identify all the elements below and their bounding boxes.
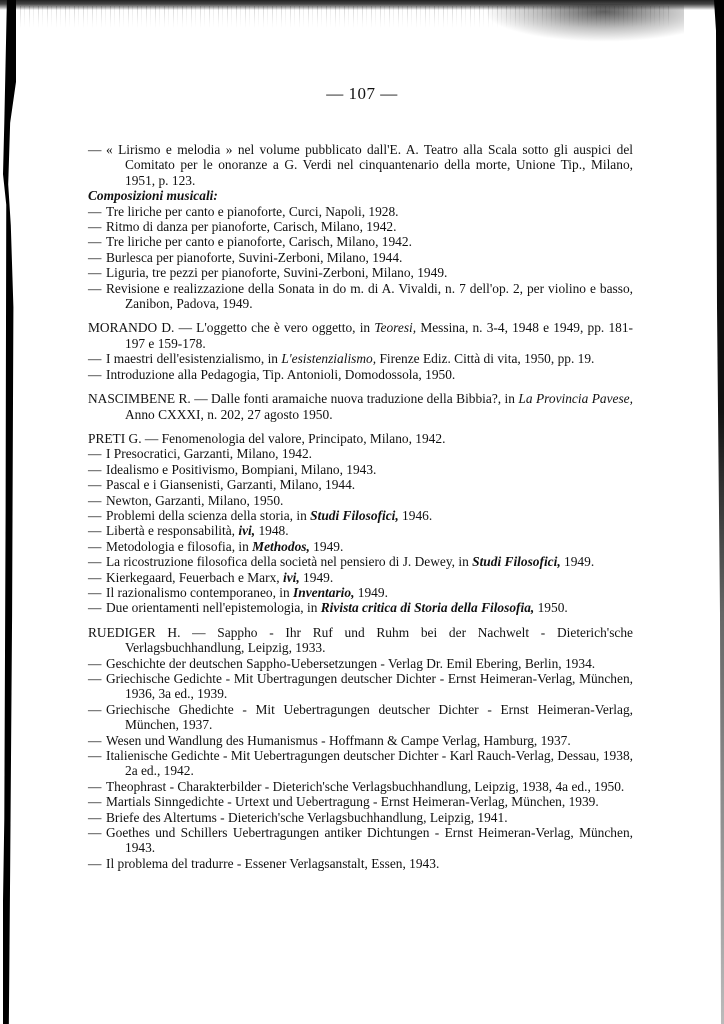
entry-text: « Lirismo e melodia » nel volume pubblic… <box>106 142 633 188</box>
entry-dash: — <box>88 671 106 686</box>
entry-text: Griechische Ghedichte - Mit Uebertragung… <box>106 702 633 732</box>
bibliography-entry: —Due orientamenti nell'epistemologia, in… <box>88 600 633 615</box>
entry-text: — Fenomenologia del valore, Principato, … <box>142 431 446 446</box>
entry-text: Briefe des Altertums - Dieterich'sche Ve… <box>106 810 508 825</box>
entry-text: Problemi della scienza della storia, in <box>106 508 310 523</box>
author-entry-preti: PRETI G. — Fenomenologia del valore, Pri… <box>88 431 633 446</box>
entry-text: Goethes und Schillers Uebertragungen ant… <box>106 825 633 855</box>
entry-text: — Sappho - Ihr Ruf und Ruhm bei der Nach… <box>125 625 633 655</box>
entry-italic: Studi Filosofici, <box>472 554 561 569</box>
entry-text: La ricostruzione filosofica della societ… <box>106 554 472 569</box>
bibliography-entry: —Newton, Garzanti, Milano, 1950. <box>88 493 633 508</box>
entry-dash: — <box>88 600 106 615</box>
entry-dash: — <box>88 523 106 538</box>
entry-dash: — <box>88 554 106 569</box>
composition-entry: —Ritmo di danza per pianoforte, Carisch,… <box>88 219 633 234</box>
bibliography-entry: —I maestri dell'esistenzialismo, in L'es… <box>88 351 633 366</box>
bibliography-entry: —Wesen und Wandlung des Humanismus - Hof… <box>88 733 633 748</box>
entry-text: 1949. <box>561 554 594 569</box>
entry-dash: — <box>88 702 106 717</box>
author-entry-nascimbene: NASCIMBENE R. — Dalle fonti aramaiche nu… <box>88 391 633 422</box>
entry-text: Burlesca per pianoforte, Suvini-Zerboni,… <box>106 250 402 265</box>
section-gap <box>88 382 633 391</box>
entry-text: Metodologia e filosofia, in <box>106 539 252 554</box>
author-entry-ruediger: RUEDIGER H. — Sappho - Ihr Ruf und Ruhm … <box>88 625 633 656</box>
entry-text: Wesen und Wandlung des Humanismus - Hoff… <box>106 733 571 748</box>
entry-italic: Teoresi, <box>374 320 416 335</box>
bibliography-entry: —Il problema del tradurre - Essener Verl… <box>88 856 633 871</box>
entry-dash: — <box>88 779 106 794</box>
entry-text: Liguria, tre pezzi per pianoforte, Suvin… <box>106 265 447 280</box>
entry-text: Il problema del tradurre - Essener Verla… <box>106 856 439 871</box>
entry-text: Newton, Garzanti, Milano, 1950. <box>106 493 283 508</box>
bibliography-entry: —Italienische Gedichte - Mit Uebertragun… <box>88 748 633 779</box>
entry-dash: — <box>88 462 106 477</box>
composition-entry: —Burlesca per pianoforte, Suvini-Zerboni… <box>88 250 633 265</box>
entry-text: Il razionalismo contemporaneo, in <box>106 585 293 600</box>
entry-dash: — <box>88 477 106 492</box>
entry-dash: — <box>88 748 106 763</box>
bibliography-entry: —« Lirismo e melodia » nel volume pubbli… <box>88 142 633 188</box>
entry-text: Italienische Gedichte - Mit Uebertragung… <box>106 748 633 778</box>
entry-text: Martials Sinngedichte - Urtext und Ueber… <box>106 794 599 809</box>
section-subheading: Composizioni musicali: <box>88 188 633 203</box>
section-gap <box>88 311 633 320</box>
entry-dash: — <box>88 856 106 871</box>
entry-text: Kierkegaard, Feuerbach e Marx, <box>106 570 283 585</box>
entry-text: 1950. <box>534 600 567 615</box>
composition-entry: —Revisione e realizzazione della Sonata … <box>88 281 633 312</box>
composition-entry: —Liguria, tre pezzi per pianoforte, Suvi… <box>88 265 633 280</box>
entry-text: 1949. <box>310 539 343 554</box>
bibliography-entry: —Kierkegaard, Feuerbach e Marx, ivi, 194… <box>88 570 633 585</box>
entry-text: Idealismo e Positivismo, Bompiani, Milan… <box>106 462 376 477</box>
entry-text: 1949. <box>300 570 333 585</box>
bibliography-entry: —Briefe des Altertums - Dieterich'sche V… <box>88 810 633 825</box>
composition-entry: —Tre liriche per canto e pianoforte, Car… <box>88 234 633 249</box>
entry-text: Introduzione alla Pedagogia, Tip. Antoni… <box>106 367 455 382</box>
bibliography-entry: —Griechische Ghedichte - Mit Uebertragun… <box>88 702 633 733</box>
author-name: RUEDIGER H. <box>88 625 180 640</box>
entry-dash: — <box>88 570 106 585</box>
entry-italic: ivi, <box>283 570 300 585</box>
entry-text: 1949. <box>354 585 387 600</box>
entry-text: Ritmo di danza per pianoforte, Carisch, … <box>106 219 396 234</box>
entry-dash: — <box>88 250 106 265</box>
author-name: NASCIMBENE R. <box>88 391 191 406</box>
composition-entry: —Tre liriche per canto e pianoforte, Cur… <box>88 204 633 219</box>
entry-dash: — <box>88 794 106 809</box>
entry-italic: Methodos, <box>252 539 310 554</box>
bibliography-entry: —Metodologia e filosofia, in Methodos, 1… <box>88 539 633 554</box>
entry-dash: — <box>88 810 106 825</box>
bibliography-entry: —Idealismo e Positivismo, Bompiani, Mila… <box>88 462 633 477</box>
entry-dash: — <box>88 265 106 280</box>
bibliography-entry: —Problemi della scienza della storia, in… <box>88 508 633 523</box>
entry-dash: — <box>88 446 106 461</box>
bibliography-entry: —Goethes und Schillers Uebertragungen an… <box>88 825 633 856</box>
entry-dash: — <box>88 351 106 366</box>
entry-text: Griechische Gedichte - Mit Ubertragungen… <box>106 671 633 701</box>
entry-text: Pascal e i Giansenisti, Garzanti, Milano… <box>106 477 355 492</box>
entry-italic: ivi, <box>238 523 255 538</box>
entry-dash: — <box>88 508 106 523</box>
entry-text: 1948. <box>255 523 288 538</box>
entry-text: Tre liriche per canto e pianoforte, Curc… <box>106 204 399 219</box>
entry-text: Anno CXXXI, n. 202, 27 agosto 1950. <box>125 407 333 422</box>
bibliography-entry: —Libertà e responsabilità, ivi, 1948. <box>88 523 633 538</box>
section-gap <box>88 422 633 431</box>
bibliography-entry: —Geschichte der deutschen Sappho-Ueberse… <box>88 656 633 671</box>
entry-dash: — <box>88 219 106 234</box>
bibliography-entry: —Griechische Gedichte - Mit Ubertragunge… <box>88 671 633 702</box>
entry-text: Revisione e realizzazione della Sonata i… <box>106 281 633 311</box>
entry-dash: — <box>88 142 106 157</box>
section-gap <box>88 616 633 625</box>
entry-text: Tre liriche per canto e pianoforte, Cari… <box>106 234 412 249</box>
entry-text: Theophrast - Charakterbilder - Dieterich… <box>106 779 624 794</box>
entry-text: 1946. <box>399 508 432 523</box>
scan-shadow-top-right <box>484 4 684 42</box>
entry-dash: — <box>88 234 106 249</box>
entry-italic: L'esistenzialismo, <box>281 351 376 366</box>
entry-dash: — <box>88 493 106 508</box>
bibliography-body: —« Lirismo e melodia » nel volume pubbli… <box>88 142 633 871</box>
entry-dash: — <box>88 585 106 600</box>
entry-dash: — <box>88 367 106 382</box>
entry-italic: La Provincia Pavese, <box>518 391 633 406</box>
scan-border-right <box>714 0 724 1024</box>
entry-text: Libertà e responsabilità, <box>106 523 238 538</box>
bibliography-entry: —Pascal e i Giansenisti, Garzanti, Milan… <box>88 477 633 492</box>
entry-text: Firenze Ediz. Città di vita, 1950, pp. 1… <box>376 351 594 366</box>
entry-italic: Inventario, <box>293 585 354 600</box>
bibliography-entry: —Theophrast - Charakterbilder - Dieteric… <box>88 779 633 794</box>
entry-dash: — <box>88 825 106 840</box>
entry-dash: — <box>88 656 106 671</box>
entry-italic: Rivista critica di Storia della Filosofi… <box>321 600 535 615</box>
entry-text: Geschichte der deutschen Sappho-Ueberset… <box>106 656 595 671</box>
author-name: PRETI G. <box>88 431 142 446</box>
entry-text: I maestri dell'esistenzialismo, in <box>106 351 281 366</box>
entry-text: — Dalle fonti aramaiche nuova traduzione… <box>191 391 519 406</box>
page-number: — 107 — <box>0 84 724 104</box>
author-name: MORANDO D. <box>88 320 174 335</box>
bibliography-entry: —I Presocratici, Garzanti, Milano, 1942. <box>88 446 633 461</box>
entry-dash: — <box>88 539 106 554</box>
bibliography-entry: —Il razionalismo contemporaneo, in Inven… <box>88 585 633 600</box>
entry-text: I Presocratici, Garzanti, Milano, 1942. <box>106 446 312 461</box>
entry-dash: — <box>88 204 106 219</box>
author-entry-morando: MORANDO D. — L'oggetto che è vero oggett… <box>88 320 633 351</box>
bibliography-entry: —La ricostruzione filosofica della socie… <box>88 554 633 569</box>
entry-text: — L'oggetto che è vero oggetto, in <box>174 320 374 335</box>
entry-text: Due orientamenti nell'epistemologia, in <box>106 600 321 615</box>
bibliography-entry: —Martials Sinngedichte - Urtext und Uebe… <box>88 794 633 809</box>
bibliography-entry: —Introduzione alla Pedagogia, Tip. Anton… <box>88 367 633 382</box>
scan-border-left <box>3 0 16 1024</box>
entry-dash: — <box>88 281 106 296</box>
entry-italic: Studi Filosofici, <box>310 508 399 523</box>
entry-dash: — <box>88 733 106 748</box>
